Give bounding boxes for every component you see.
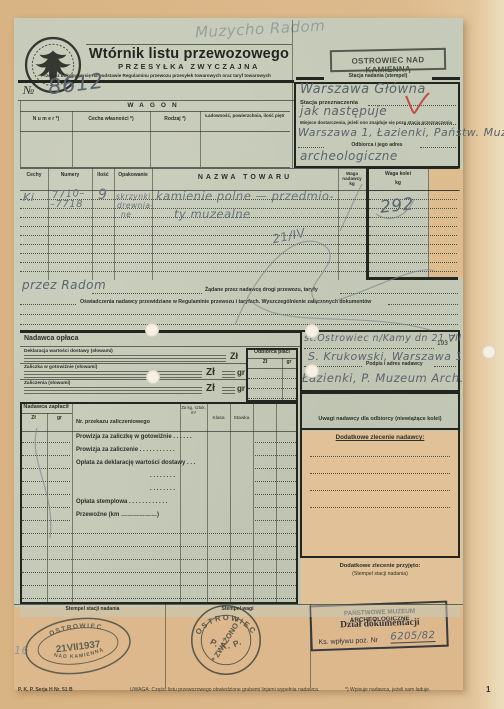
recipient-pays-box bbox=[246, 348, 298, 402]
divider bbox=[22, 585, 296, 586]
divider bbox=[230, 402, 231, 604]
goods-col-railway-weight: Waga kolei bbox=[369, 172, 427, 178]
goods-numbers-handwritten-2: –7718 bbox=[50, 199, 83, 210]
wagon-col-type: Rodzaj *) bbox=[150, 117, 200, 123]
goods-packaging-handwritten-1: skrzynki bbox=[116, 192, 151, 201]
scanned-waybill-document: { "header": { "title": "Wtórnik listu pr… bbox=[0, 0, 504, 709]
divider bbox=[22, 559, 296, 560]
charge-row-label: . . . . . . . . bbox=[150, 486, 175, 493]
goods-col-railway-weight-unit: kg bbox=[369, 181, 427, 187]
divider bbox=[248, 398, 296, 399]
divider bbox=[20, 304, 76, 305]
goods-col-numbers: Numery bbox=[48, 173, 92, 179]
divider bbox=[22, 533, 296, 534]
divider bbox=[18, 100, 294, 101]
divider bbox=[22, 494, 70, 495]
goods-col-qty: Ilość bbox=[92, 173, 114, 179]
divider bbox=[20, 244, 366, 245]
divider bbox=[248, 388, 296, 389]
wagon-col-number: N u m e r *) bbox=[20, 117, 72, 123]
divider bbox=[20, 271, 366, 272]
footer-note: UWAGA: Części listu przewozowego obwiedz… bbox=[130, 688, 319, 694]
recipient-col-gr: gr bbox=[282, 360, 296, 366]
recipient-pays-title: Odbiorca płaci bbox=[246, 350, 298, 356]
value-declaration-label: Deklaracja wartości dostawy (słowami) bbox=[24, 349, 113, 354]
currency-gr-3: gr bbox=[237, 385, 245, 394]
hole-punch bbox=[146, 370, 160, 384]
goods-col-sender-weight-unit: kg bbox=[338, 181, 366, 186]
divider bbox=[255, 442, 296, 443]
divider bbox=[20, 253, 366, 254]
divider bbox=[296, 77, 324, 80]
sender-paid-header: Nadawca zapłacił bbox=[20, 404, 72, 410]
order-accepted-title: Dodatkowe zlecenie przyjęto: bbox=[300, 563, 460, 569]
currency-zl-3: Zł bbox=[206, 383, 215, 394]
recipient-extra-handwritten: archeologiczne bbox=[300, 149, 398, 163]
divider bbox=[255, 494, 296, 495]
divider bbox=[22, 481, 70, 482]
currency-zl-1: Zł bbox=[230, 351, 238, 361]
wagon-col-ownership: Cecha własności *) bbox=[72, 117, 150, 123]
divider bbox=[20, 226, 366, 227]
divider bbox=[20, 363, 246, 364]
divider bbox=[369, 262, 457, 263]
divider bbox=[420, 147, 456, 148]
fill-area bbox=[222, 371, 235, 378]
hole-punch bbox=[145, 323, 159, 337]
divider bbox=[255, 481, 296, 482]
goods-col-packaging: Opakowanie bbox=[114, 173, 152, 179]
divider bbox=[366, 166, 458, 169]
form-title: Wtórnik listu przewozowego bbox=[86, 46, 292, 62]
goods-packaging-handwritten-3: ne bbox=[121, 210, 131, 219]
divider bbox=[22, 442, 70, 443]
paid-col-gr: gr bbox=[47, 416, 72, 422]
footer-note2: *) Wpisuje nadawca, jeżeli sam ładuje. bbox=[345, 688, 430, 694]
sender-pays-title: Nadawca opłaca bbox=[24, 335, 78, 343]
divider bbox=[20, 314, 458, 315]
order-accepted-sub: (Stempel stacji nadania) bbox=[300, 572, 460, 578]
divider bbox=[92, 293, 202, 294]
divider bbox=[92, 168, 93, 280]
divider bbox=[276, 402, 277, 604]
divider bbox=[22, 455, 70, 456]
hole-punch bbox=[482, 345, 496, 359]
wagon-col-capacity: Ładowność, powierzchnia, ilość piętr bbox=[202, 113, 288, 118]
goods-col-marks: Cechy bbox=[20, 173, 48, 179]
currency-gr-2: gr bbox=[237, 369, 245, 378]
divider bbox=[369, 271, 457, 272]
fill-area bbox=[24, 371, 202, 378]
charge-row-label: Przewoźne (km ………………) bbox=[76, 512, 159, 519]
museum-stamp-line3: Ks. wpływu poz. Nr bbox=[318, 637, 378, 647]
recipient-handwritten: Warszawa 1, Łazienki, Państw. Muzeum bbox=[298, 126, 504, 139]
divider bbox=[282, 358, 283, 400]
cod-label: Zaliczenia (słowami) bbox=[24, 381, 70, 386]
wagon-table-caption: WAGON bbox=[20, 102, 290, 109]
printed-year: 193 bbox=[437, 340, 448, 347]
divider bbox=[20, 413, 72, 414]
divider bbox=[180, 402, 181, 604]
remarks-header-band bbox=[300, 392, 460, 430]
divider bbox=[86, 44, 292, 45]
divider bbox=[432, 77, 460, 80]
divider bbox=[20, 330, 300, 333]
divider bbox=[304, 348, 434, 349]
signature-label: Podpis i adres nadawcy bbox=[366, 362, 423, 368]
divider bbox=[434, 366, 456, 367]
page-number: 1 bbox=[486, 686, 490, 695]
declarations-label: Oświadczenia nadawcy przewidziane w Regu… bbox=[80, 300, 386, 306]
advance-ref-header: Nr. przekazu zaliczeniowego bbox=[76, 419, 150, 425]
goods-col-sender-weight: Waga nadawcy bbox=[338, 171, 366, 181]
divider bbox=[22, 598, 296, 599]
divider bbox=[310, 473, 450, 474]
remarks-label: Uwagi nadawcy dla odbiorcy (niewiążące k… bbox=[300, 416, 460, 422]
hole-punch bbox=[305, 364, 319, 378]
divider bbox=[22, 546, 296, 547]
divider bbox=[22, 468, 70, 469]
form-series: P. K. P. Serja H Nr. 51 B bbox=[18, 688, 73, 694]
charge-row-label: . . . . . . . . bbox=[150, 473, 175, 480]
railway-weight-handwritten: 292 bbox=[379, 194, 415, 217]
divider bbox=[404, 124, 456, 125]
divider bbox=[253, 402, 254, 604]
divider bbox=[369, 226, 457, 227]
additional-order-title: Dodatkowe zlecenie nadawcy: bbox=[300, 435, 460, 442]
class-header: Klasa bbox=[207, 416, 230, 421]
number-label: № bbox=[23, 84, 34, 97]
goods-col-name: NAZWA TOWARU bbox=[152, 174, 338, 182]
goods-qty-handwritten: 9 bbox=[98, 187, 107, 203]
route-via-handwritten: przez Radom bbox=[22, 278, 106, 292]
divider bbox=[255, 507, 296, 508]
divider bbox=[22, 507, 70, 508]
recipient-col-zl: Zł bbox=[248, 360, 282, 366]
charge-row-label: Prowizja za zaliczenie . . . . . . . . .… bbox=[76, 447, 175, 454]
divider bbox=[20, 379, 246, 380]
divider bbox=[369, 244, 457, 245]
divider bbox=[298, 147, 324, 148]
divider bbox=[310, 507, 450, 508]
divider bbox=[310, 604, 311, 688]
recipient-label: Odbiorca i jego adres bbox=[324, 143, 430, 149]
rate-header: Stawka bbox=[230, 416, 253, 421]
divider bbox=[369, 253, 457, 254]
divider bbox=[114, 168, 115, 280]
fill-area bbox=[24, 355, 226, 362]
fill-area bbox=[222, 387, 235, 394]
currency-zl-2: Zł bbox=[206, 367, 215, 378]
divider bbox=[248, 368, 296, 369]
goods-name-handwritten-1: kamienie polne — przedmio- bbox=[156, 189, 334, 203]
dispatch-stamp-caption: Stacja nadania (stempel) bbox=[324, 74, 432, 80]
sender-address-handwritten: Łazienki, P. Muzeum Arch. bbox=[302, 371, 464, 385]
divider bbox=[20, 262, 366, 263]
divider bbox=[255, 520, 296, 521]
divider bbox=[22, 572, 296, 573]
hole-punch bbox=[305, 324, 319, 338]
divider bbox=[20, 324, 458, 325]
divider bbox=[20, 235, 366, 236]
round-weighing-stamp: OSTROWIEC P. K. P. * ZWAŻONO * bbox=[188, 602, 264, 678]
charge-row-label: Prowizja za zaliczkę w gotowiźnie . . . … bbox=[76, 434, 192, 441]
form-subtitle: PRZESYŁKA ZWYCZAJNA bbox=[86, 63, 292, 71]
per-unit-header: Za kg, sztuk, m³ bbox=[181, 406, 206, 416]
divider bbox=[366, 277, 458, 280]
charge-row-label: Opłata stemplowa . . . . . . . . . . . . bbox=[76, 499, 167, 506]
divider bbox=[20, 111, 290, 112]
dispatch-stamp-cell-label: Stempel stacji nadania bbox=[20, 607, 165, 613]
destination-note-handwritten: jak następuje bbox=[300, 104, 387, 118]
divider bbox=[48, 168, 49, 280]
divider bbox=[388, 304, 458, 305]
paid-col-zl: Zł bbox=[20, 416, 47, 422]
route-request-label: Żądane przez nadawcę drogi przewozu, tar… bbox=[205, 288, 318, 294]
charge-row-label: Opłata za deklarację wartości dostawy . … bbox=[76, 460, 195, 467]
divider bbox=[20, 431, 298, 432]
destination-station-handwritten: Warszawa Główna bbox=[300, 82, 426, 97]
divider bbox=[292, 20, 293, 168]
cash-advance-label: Zaliczka w gotowiźnie (słowami) bbox=[24, 365, 97, 370]
divider bbox=[165, 604, 166, 688]
dispatch-station-stamp: OSTROWIEC NAD KAMIENNĄ bbox=[330, 48, 446, 72]
divider bbox=[22, 520, 70, 521]
divider bbox=[20, 346, 300, 347]
additional-order-box bbox=[300, 430, 460, 558]
divider bbox=[369, 235, 457, 236]
goods-packaging-handwritten-2: drewnia- bbox=[117, 201, 154, 210]
year-digit-handwritten: 7 bbox=[449, 334, 456, 345]
divider bbox=[255, 468, 296, 469]
divider bbox=[152, 168, 153, 280]
divider bbox=[248, 378, 296, 379]
divider bbox=[20, 131, 290, 132]
divider bbox=[428, 169, 429, 277]
divider bbox=[310, 456, 450, 457]
goods-name-handwritten-2: ty muzealne bbox=[174, 207, 251, 221]
goods-marks-handwritten: Ki bbox=[23, 191, 34, 204]
divider bbox=[72, 402, 73, 604]
fill-area bbox=[24, 387, 202, 394]
divider bbox=[20, 101, 21, 167]
divider bbox=[368, 190, 458, 191]
divider bbox=[255, 455, 296, 456]
divider bbox=[310, 490, 450, 491]
divider bbox=[207, 402, 208, 604]
divider bbox=[340, 293, 458, 294]
divider bbox=[200, 111, 201, 167]
museum-entry-number-handwritten: 6205/82 bbox=[390, 630, 435, 644]
